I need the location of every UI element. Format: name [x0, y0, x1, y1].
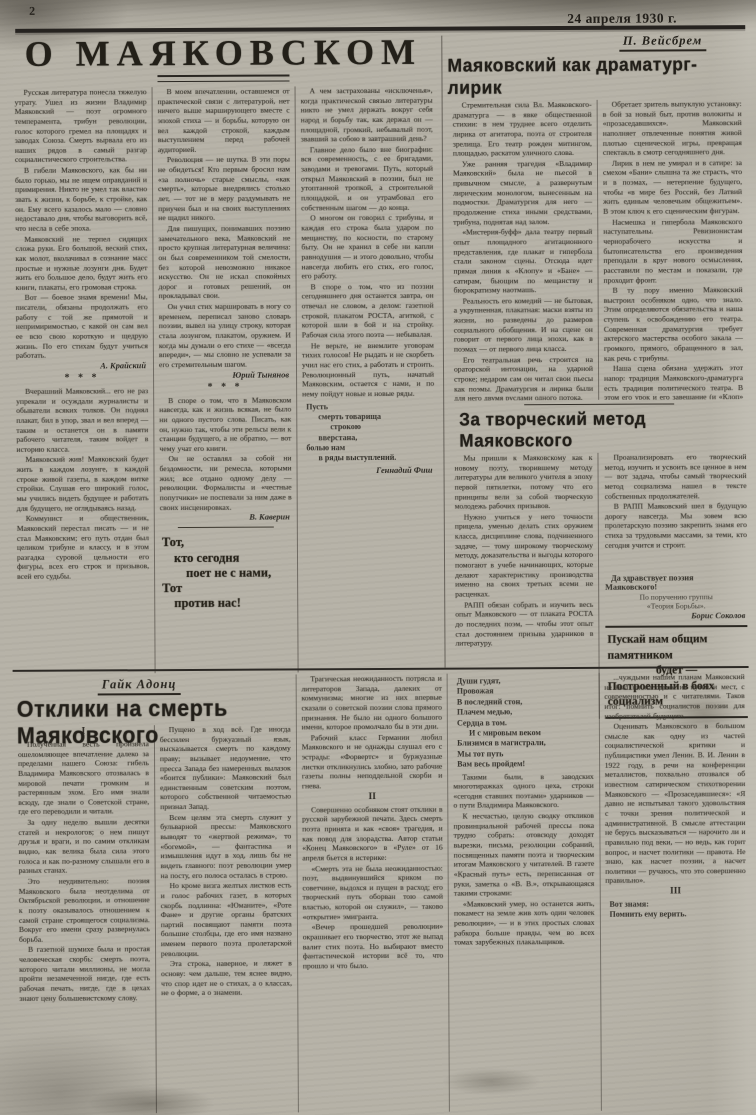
paragraph: Оценивать Маяковского в большом смысле к…: [604, 721, 745, 886]
verse-line: строкою: [306, 422, 434, 433]
paragraph: Полученная весть произвела ошеломляющее …: [18, 739, 149, 817]
paragraph: В РАПП Маяковский шел в будущую дорогу н…: [605, 501, 747, 550]
column-1: IПолученная весть произвела ошеломляющее…: [13, 725, 156, 1114]
article-columns: Стремительная сила Вл. Маяковского-драма…: [448, 99, 749, 401]
page-number: 2: [29, 4, 35, 19]
verse-line: болью нам: [306, 443, 434, 454]
paragraph: Главное дело было вне биографии: вся сов…: [301, 145, 433, 213]
paragraph: Вот — боевое знамя времени! Мы, писатели…: [16, 293, 148, 361]
column-3: Трагическая неожиданность потрясла и лит…: [295, 674, 449, 1113]
verse-line: Мы тот путь: [457, 749, 593, 760]
paragraph: Революция — не шутка. В эти поры не обид…: [158, 155, 290, 223]
verse-line: против нас!: [162, 596, 292, 612]
verse-line: смерть товарища: [306, 412, 434, 423]
paragraph: Рабочий класс Германии любил Маяковского…: [302, 733, 443, 792]
paragraph: Маяковский не терпел сидящих сложа руки.…: [15, 234, 147, 293]
paragraph: Но кроме визга желтых листков есть и гол…: [161, 881, 292, 959]
paragraph: Уже ранняя трагедия «Владимир Маяковский…: [453, 159, 592, 227]
verse-line: вверстана,: [306, 432, 434, 443]
signature: Юрий Тынянов: [159, 370, 289, 380]
verse-line: Провожая: [457, 686, 593, 697]
article-columns: Русская литература понесла тяжелую утрат…: [10, 86, 441, 674]
paragraph: Наша сцена обязана удержать этот напор: …: [604, 363, 743, 399]
verse-line: И с мировым веком: [457, 728, 593, 739]
verse-line: Близимся в магистрали,: [457, 738, 593, 749]
article-title: Отклики на смерть Маяковского: [17, 695, 296, 749]
paragraph: Реальность его комедий — не бытовая, а у…: [454, 296, 593, 355]
verse-line: кто сегодня: [162, 550, 292, 566]
verse: Души гудят,ПровожаяВ последний стон,Плач…: [457, 676, 594, 770]
paragraph: Обретает зритель выпуклую установку: в б…: [603, 99, 742, 158]
verse-line: в ряды выступлений.: [306, 453, 434, 464]
verse-line: В последний стон,: [457, 697, 593, 708]
article-title-dramaturg-lirik: Маяковский как драматург-лирик: [447, 53, 746, 99]
paragraph: Вчерашний Маяковский... его не раз упрек…: [16, 386, 148, 454]
slogan-group: «Теория Борьбы».: [605, 601, 747, 611]
paragraph: Совершенно особняком стоят отклики в рус…: [302, 804, 443, 863]
quote-line: Пускай нам общим памятником: [607, 632, 745, 664]
verse-line: поет не с нами,: [162, 565, 292, 581]
verse-line: Вот знамя:: [609, 899, 745, 910]
right-section: П. Вейсбрем Маяковский как драматург-лир…: [447, 31, 750, 719]
article-otkliki: Гайк Адонц Отклики на смерть Маяковского…: [13, 672, 752, 1114]
verse-line: Плачем медью,: [457, 707, 593, 718]
verse-line: Души гудят,: [457, 676, 593, 687]
paragraph: Проанализировать его творческий метод, и…: [604, 452, 746, 501]
paragraph: Трагическая неожиданность потрясла и лит…: [301, 674, 442, 733]
column-1: Стремительная сила Вл. Маяковского-драма…: [448, 100, 599, 401]
paragraph: Коммунист и общественник, Маяковский пер…: [17, 513, 149, 581]
article-o-mayakovskom: О МАЯКОВСКОМ Русская литература понесла …: [9, 32, 440, 674]
paragraph: О многом он говорил с трибуны, и каждая …: [301, 213, 433, 281]
verse-line: Тот: [162, 580, 292, 596]
paragraph: Эта строка, наверное, и ляжет в основу: …: [161, 959, 292, 998]
column-2: Пущено в ход всё. Где иногда бессилен бу…: [154, 724, 298, 1113]
divider-rule: [178, 527, 273, 528]
headline-flourish: [157, 74, 289, 82]
section-divider-rule: [441, 36, 445, 668]
pull-quote: Тот,кто сегодняпоет не с нами,Тотпротив …: [162, 535, 292, 612]
bottom-left-wrap: Гайк Адонц Отклики на смерть Маяковского…: [13, 674, 298, 1113]
section-numeral: II: [302, 791, 442, 802]
paragraph: «Вечер прошедшей революции» окрашивает е…: [303, 922, 444, 971]
verse-line: Помнить ему верить.: [609, 910, 745, 921]
paragraph: Насмешка и гипербола Маяковского наступа…: [603, 217, 742, 285]
article-divider: [524, 403, 674, 405]
slogan-line: Да здравствует поэзия Маяковского!: [605, 573, 747, 592]
paragraph: «Маяковский умер, но останется жить, пок…: [454, 899, 595, 948]
paragraph: За одну неделю вышли десятки статей и не…: [18, 817, 149, 876]
verse-line: Вам весь пройдем!: [457, 759, 593, 770]
section-numeral: III: [605, 886, 745, 897]
separator-asterisks: * * *: [16, 373, 148, 383]
verse: Пустьсмерть товарищастрокоювверстана,бол…: [306, 401, 434, 464]
byline-row: П. Вейсбрем: [447, 31, 746, 53]
paragraph: ...чуждыми нашим планам Маяковский не бы…: [604, 672, 745, 721]
paragraph: Для пишущих, понимавших поэзию замечател…: [158, 223, 290, 301]
verse-line: Сердца в том.: [457, 717, 593, 728]
paragraph: Русская литература понесла тяжелую утрат…: [15, 87, 147, 165]
column-5: ...чуждыми нашим планам Маяковский не бы…: [598, 672, 752, 1111]
column-2: В моем впечатлении, оставшемся от практи…: [152, 86, 298, 673]
paragraph: РАПП обязан собрать и изучить весь опыт …: [455, 599, 593, 648]
paragraph: К несчастью, целую сводку откликов прови…: [454, 811, 595, 898]
verse: Вот знамя:Помнить ему верить.: [609, 899, 746, 920]
byline-adonts: Гайк Адонц: [98, 677, 181, 695]
paragraph: «Мистерия-буфф» дала театру первый опыт …: [453, 227, 592, 295]
column-1: Русская литература понесла тяжелую утрат…: [10, 87, 155, 674]
paragraph: В споре о том, что в Маяковском навсегда…: [159, 395, 291, 454]
column-4: Души гудят,ПровожаяВ последний стон,Плач…: [447, 673, 601, 1112]
paragraph: Мы пришли к Маяковскому как к новому поэ…: [454, 453, 592, 512]
column-text: Проанализировать его творческий метод, и…: [604, 452, 747, 571]
paragraph: В газетной шумихе была и простая человеч…: [19, 945, 150, 1004]
paragraph: А чем застрахованы «исключенья», когда п…: [301, 86, 433, 145]
paragraph: «Смерть эта не была неожиданностью: поэт…: [302, 863, 443, 922]
article-title-tvorcheskiy-metod: За творческий метод Маяковского: [459, 408, 748, 452]
byline-veysbrem: П. Вейсбрем: [619, 33, 707, 51]
paragraph: В споре о том, что из поэзии сегодняшнег…: [302, 282, 434, 341]
separator-asterisks: * * *: [159, 382, 291, 392]
signature: Геннадий Фиш: [303, 466, 433, 476]
paragraph: Нужно учиться у него точности прицела, у…: [455, 512, 593, 599]
paragraph: В гибели Маяковского, как бы ни было гор…: [15, 165, 147, 233]
signature: Борис Соколов: [605, 611, 745, 621]
verse-line: Пусть: [306, 401, 434, 412]
paragraph: Он учил стих маршировать в ногу со време…: [159, 302, 291, 370]
paragraph: Лирик в нем не умирал и в сатире: за сме…: [603, 158, 742, 217]
verse-line: Тот,: [162, 535, 292, 551]
paragraph: Это неудивительно: поэзия Маяковского бы…: [19, 876, 150, 944]
paragraph: В ту пору именно Маяковский выстроил осо…: [604, 285, 743, 363]
paragraph: Стремительная сила Вл. Маяковского-драма…: [453, 100, 592, 159]
article-title: О МАЯКОВСКОМ: [9, 34, 437, 72]
paragraph: Он не оставлял за собой ни бездомности, …: [159, 454, 291, 513]
byline-row: Гайк Адонц: [13, 674, 296, 695]
column-1: Мы пришли к Маяковскому как к новому поэ…: [449, 453, 598, 680]
paragraph: В моем впечатлении, оставшемся от практи…: [158, 86, 290, 154]
signature: А. Крайский: [16, 361, 146, 371]
paragraph: Маяковский жив! Маяковский будет жить в …: [16, 455, 148, 514]
column-3: А чем застрахованы «исключенья», когда п…: [295, 86, 441, 673]
article-columns: IПолученная весть произвела ошеломляющее…: [13, 724, 298, 1113]
newspaper-page: 2 24 апреля 1930 г. О МАЯКОВСКОМ Русская…: [0, 0, 756, 1115]
signature: В. Каверин: [160, 513, 290, 523]
paragraph: Его театральная речь строится на ораторс…: [454, 355, 593, 401]
paragraph: Не верьте, не внемлите уговорам тихих го…: [302, 340, 434, 399]
article-header: Гайк Адонц Отклики на смерть Маяковского: [13, 674, 296, 725]
paragraph: Такими были, в заводских многотиражках о…: [453, 771, 594, 810]
paragraph: Всем целям эта смерть служит у бульварно…: [160, 812, 291, 880]
column-2: Обретает зритель выпуклую установку: в б…: [597, 99, 749, 400]
